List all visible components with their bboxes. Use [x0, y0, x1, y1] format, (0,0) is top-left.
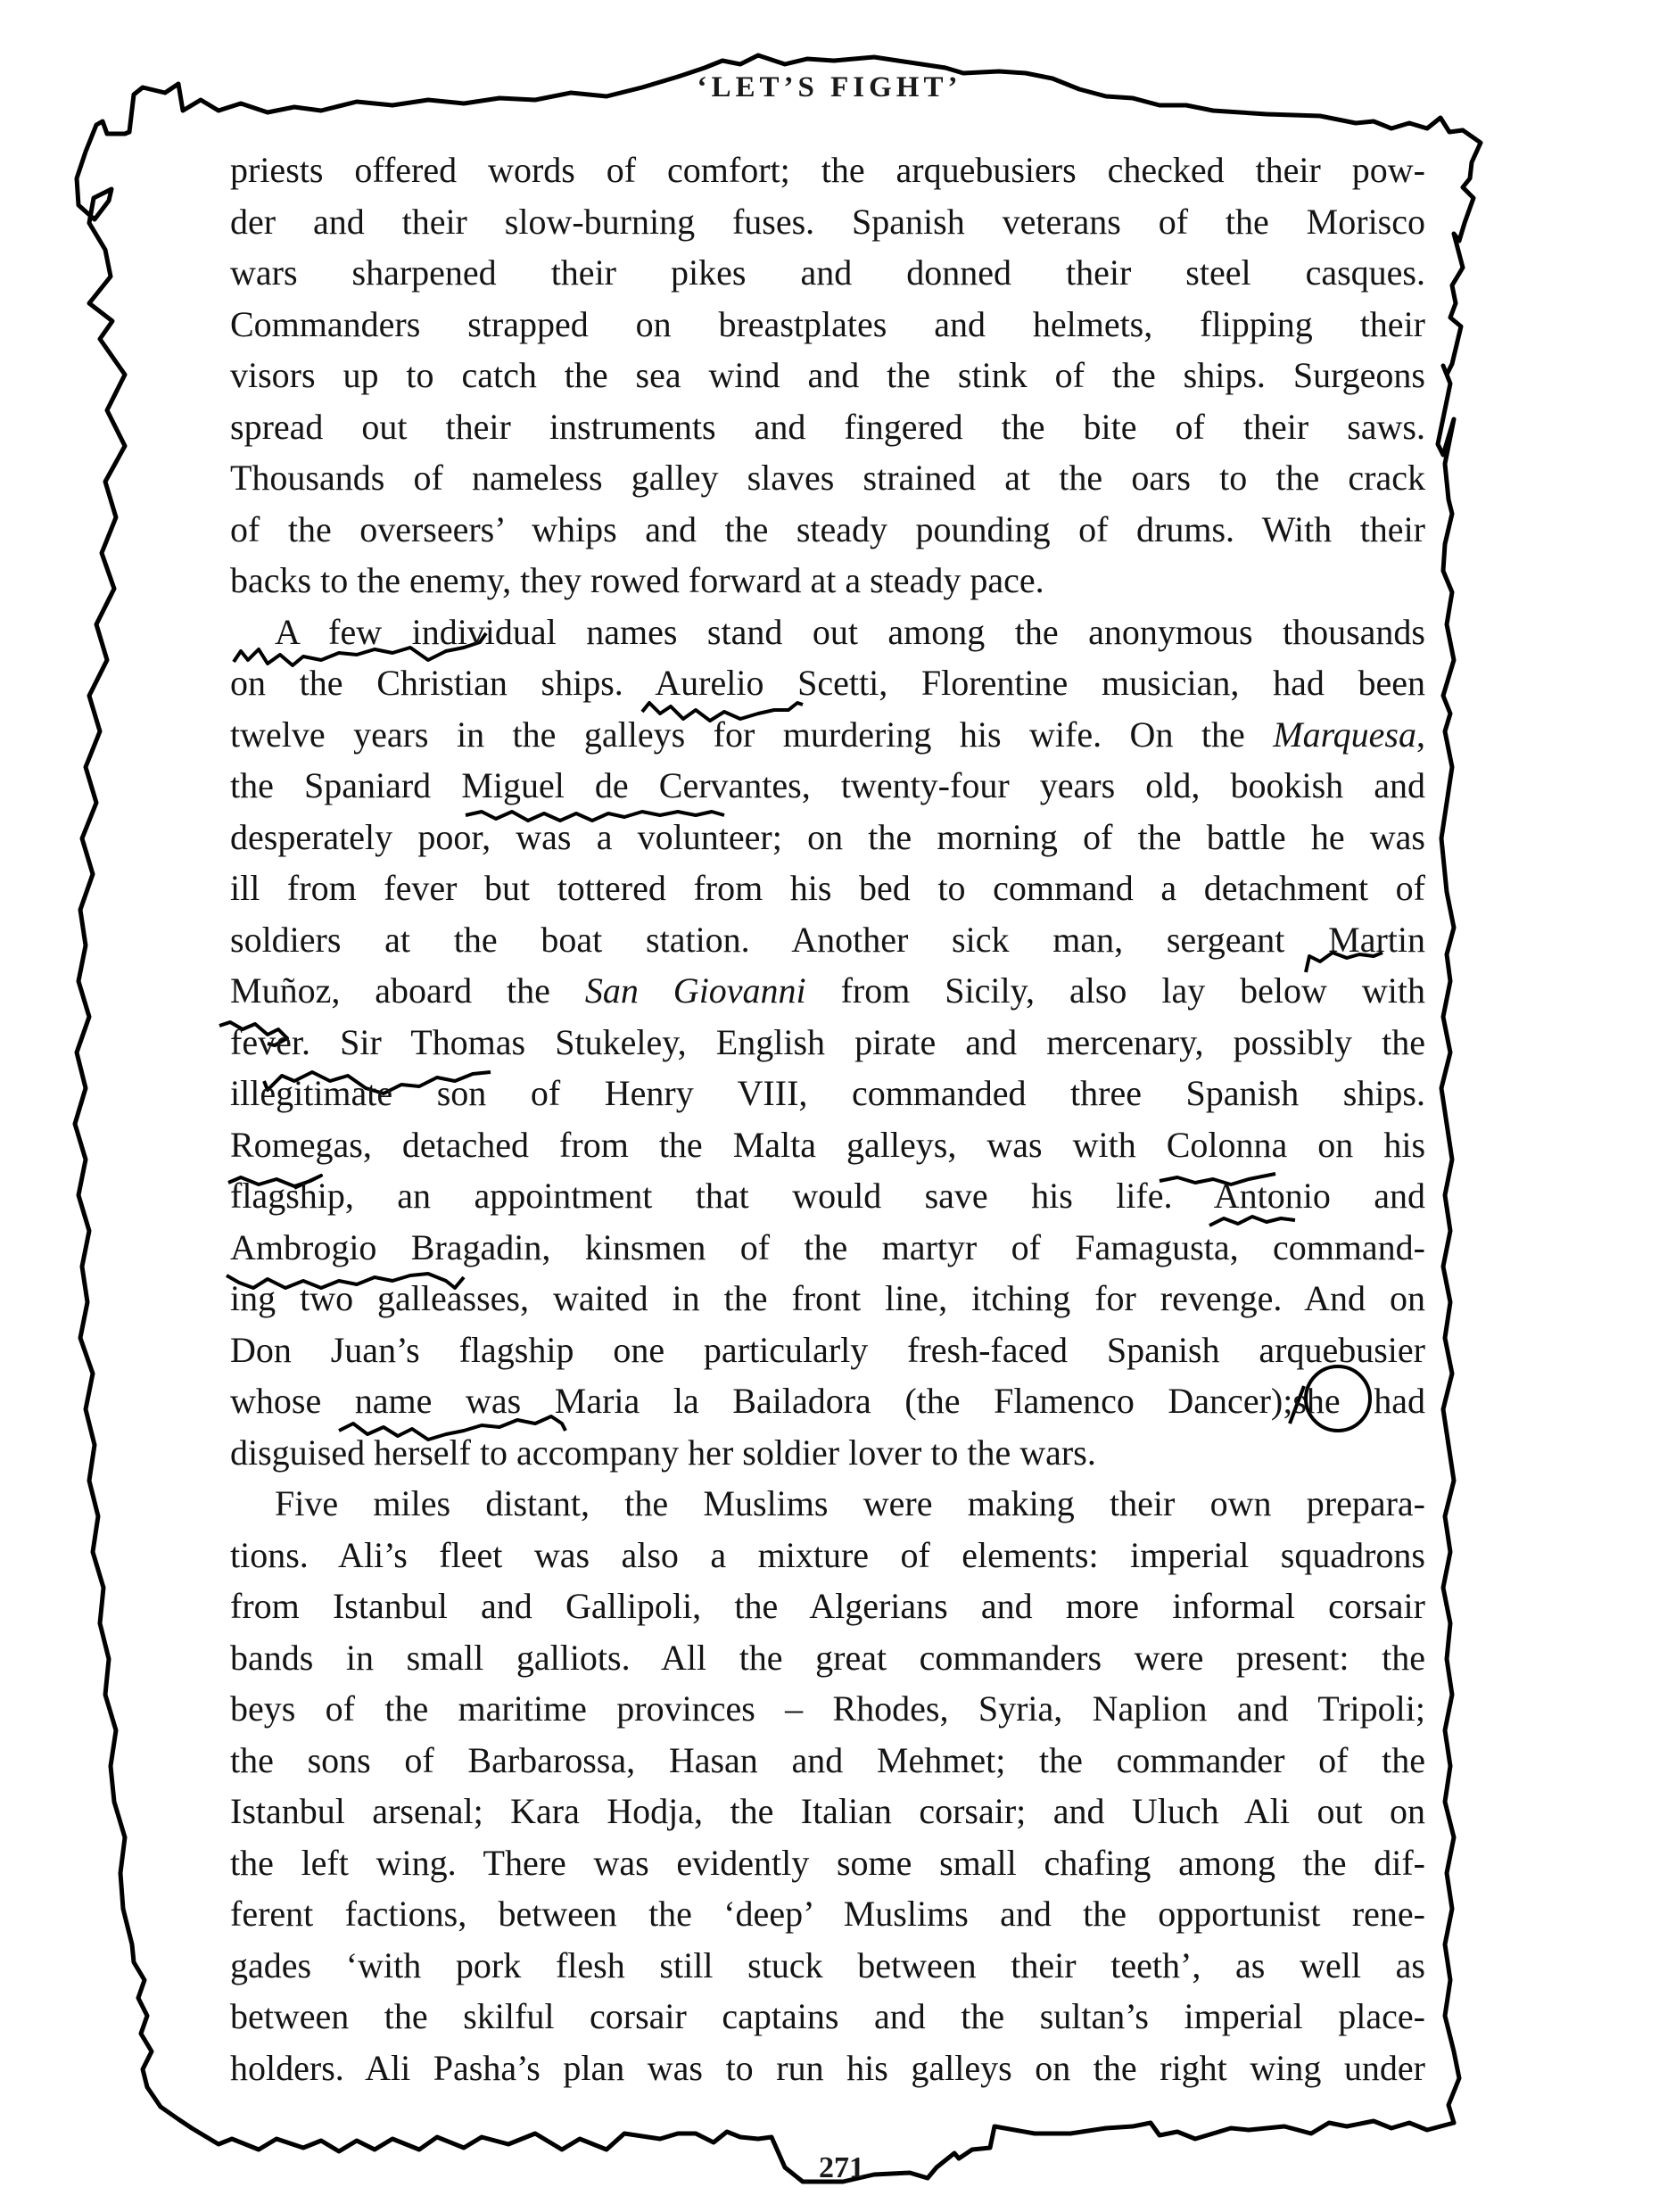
border-right: [1438, 130, 1481, 2123]
text-line: Muñoz, aboard the San Giovanni from Sici…: [230, 965, 1425, 1017]
text-line: priests offered words of comfort; the ar…: [230, 144, 1425, 196]
italic-ship-name: Marquesa: [1273, 714, 1416, 755]
annotated-name: Sir Thomas Stukeley,: [340, 1022, 687, 1062]
text-run: stand out among the anonymous thousands: [677, 612, 1425, 652]
annotated-name: Muñoz,: [230, 970, 340, 1011]
text-line: the left wing. There was evidently some …: [230, 1837, 1425, 1889]
text-run: detached from the Malta galleys, was wit…: [372, 1125, 1167, 1165]
text-line: tions. Ali’s fleet was also a mixture of…: [230, 1530, 1425, 1581]
text-line: A few individual names stand out among t…: [230, 607, 1425, 658]
text-run: English pirate and mercenary, possibly t…: [687, 1022, 1425, 1062]
text-line: from Istanbul and Gallipoli, the Algeria…: [230, 1581, 1425, 1632]
body-text: priests offered words of comfort; the ar…: [230, 144, 1425, 2093]
text-line: Romegas, detached from the Malta galleys…: [230, 1119, 1425, 1171]
annotated-name: Martin: [1328, 920, 1425, 960]
border-bottom: [161, 2107, 1454, 2182]
text-run: soldiers at the boat station. Another si…: [230, 920, 1328, 960]
text-run: flagship, an appointment that would save…: [230, 1176, 1214, 1216]
text-run: twelve years in the galleys for murderin…: [230, 714, 1273, 755]
text-line: ing two galleasses, waited in the front …: [230, 1273, 1425, 1325]
text-line: ill from fever but tottered from his bed…: [230, 863, 1425, 914]
text-run: on the Christian ships.: [230, 663, 655, 703]
text-line: illegitimate son of Henry VIII, commande…: [230, 1068, 1425, 1119]
annotated-name: A few individual names: [275, 612, 677, 652]
text-line: beys of the maritime provinces – Rhodes,…: [230, 1683, 1425, 1735]
text-line: bands in small galliots. All the great c…: [230, 1632, 1425, 1684]
text-line: Istanbul arsenal; Kara Hodja, the Italia…: [230, 1786, 1425, 1837]
text-line: ferent factions, between the ‘deep’ Musl…: [230, 1888, 1425, 1940]
text-line: Don Juan’s flagship one particularly fre…: [230, 1325, 1425, 1376]
text-line: soldiers at the boat station. Another si…: [230, 914, 1425, 966]
annotated-name: Ambrogio Bragadin,: [230, 1227, 550, 1267]
text-run: ,: [1416, 714, 1425, 755]
text-line: disguised herself to accompany her soldi…: [230, 1427, 1425, 1479]
text-line: wars sharpened their pikes and donned th…: [230, 247, 1425, 299]
text-run: and: [1331, 1176, 1425, 1216]
text-line: on the Christian ships. Aurelio Scetti, …: [230, 657, 1425, 709]
text-run: had: [1341, 1381, 1425, 1421]
text-line: the sons of Barbarossa, Hasan and Mehmet…: [230, 1735, 1425, 1787]
text-line: holders. Ali Pasha’s plan was to run his…: [230, 2043, 1425, 2094]
text-line: between the skilful corsair captains and…: [230, 1991, 1425, 2043]
running-head: ‘LET’S FIGHT’: [0, 71, 1659, 104]
text-line: Ambrogio Bragadin, kinsmen of the martyr…: [230, 1222, 1425, 1274]
annotated-name: Miguel de Cervantes,: [461, 765, 810, 805]
circled-word: she: [1292, 1381, 1340, 1421]
text-run: (the Flamenco Dancer);: [871, 1381, 1293, 1421]
text-line: Commanders strapped on breastplates and …: [230, 299, 1425, 351]
annotated-name: Aurelio Scetti,: [655, 663, 887, 703]
border-left: [75, 121, 161, 2107]
page-number: 271: [819, 2151, 864, 2185]
annotated-name: Romegas,: [230, 1125, 372, 1165]
text-line: der and their slow-burning fuses. Spanis…: [230, 196, 1425, 248]
text-line: whose name was Maria la Bailadora (the F…: [230, 1375, 1425, 1427]
text-line: twelve years in the galleys for murderin…: [230, 709, 1425, 761]
text-run: Florentine musician, had been: [887, 663, 1425, 703]
text-line: flagship, an appointment that would save…: [230, 1170, 1425, 1222]
text-line: desperately poor, was a volunteer; on th…: [230, 812, 1425, 863]
text-run: twenty-four years old, bookish and: [811, 765, 1425, 805]
text-run: on his: [1287, 1125, 1425, 1165]
annotated-name: Antonio: [1214, 1176, 1331, 1216]
text-run: from Sicily, also lay below with: [806, 970, 1425, 1011]
annotated-name: Colonna: [1167, 1125, 1288, 1165]
text-line: Thousands of nameless galley slaves stra…: [230, 452, 1425, 504]
text-run: kinsmen of the martyr of Famagusta, comm…: [550, 1227, 1425, 1267]
text-run: fever.: [230, 1022, 340, 1062]
text-line: backs to the enemy, they rowed forward a…: [230, 555, 1425, 607]
annotated-name: Maria la Bailadora: [555, 1381, 871, 1421]
text-run: the Spaniard: [230, 765, 461, 805]
text-line: the Spaniard Miguel de Cervantes, twenty…: [230, 760, 1425, 812]
text-line: visors up to catch the sea wind and the …: [230, 350, 1425, 401]
text-line: gades ‘with pork flesh still stuck betwe…: [230, 1940, 1425, 1992]
text-line: Five miles distant, the Muslims were mak…: [230, 1478, 1425, 1530]
text-line: of the overseers’ whips and the steady p…: [230, 504, 1425, 556]
text-run: aboard the: [340, 970, 585, 1011]
text-run: whose name was: [230, 1381, 555, 1421]
text-line: spread out their instruments and fingere…: [230, 401, 1425, 453]
text-line: fever. Sir Thomas Stukeley, English pira…: [230, 1017, 1425, 1069]
italic-ship-name: San Giovanni: [585, 970, 806, 1011]
